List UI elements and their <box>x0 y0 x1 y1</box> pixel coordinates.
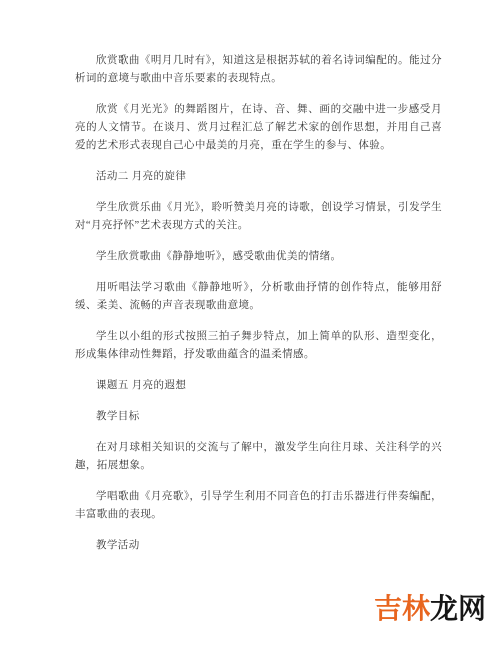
heading-teaching-goals: 教学目标 <box>75 408 442 426</box>
paragraph-yueguangguang: 欣赏《月光光》的舞蹈图片，在诗、音、舞、画的交融中进一步感受月亮的人文情节。在谈… <box>75 101 442 155</box>
paragraph-appreciate-mingyue: 欣赏歌曲《明月几时有》，知道这是根据苏轼的着名诗词编配的。能过分析词的意境与歌曲… <box>75 52 442 88</box>
paragraph-group-dance: 学生以小组的形式按照三拍子舞步特点，加上简单的队形、造型变化，形成集体律动性舞蹈… <box>75 328 442 364</box>
heading-activity-2: 活动二 月亮的旋律 <box>75 168 442 186</box>
paragraph-moon-knowledge: 在对月球相关知识的交流与了解中，激发学生向往月球、关注科学的兴趣，拓展想象。 <box>75 439 442 475</box>
paragraph-yuelianggge: 学唱歌曲《月亮歌》，引导学生利用不同音色的打击乐器进行伴奏编配，丰富歌曲的表现。 <box>75 488 442 524</box>
watermark-longwang: 龙网 <box>430 593 486 624</box>
document-body: 欣赏歌曲《明月几时有》，知道这是根据苏轼的着名诗词编配的。能过分析词的意境与歌曲… <box>75 52 442 568</box>
heading-teaching-activities: 教学活动 <box>75 537 442 555</box>
paragraph-listen-yueguang: 学生欣赏乐曲《月光》，聆听赞美月亮的诗歌，创设学习情景，引发学生对“月亮抒怀”艺… <box>75 199 442 235</box>
document-page: 欣赏歌曲《明月几时有》，知道这是根据苏轼的着名诗词编配的。能过分析词的意境与歌曲… <box>0 0 500 647</box>
paragraph-jingjingdeting: 学生欣赏歌曲《静静地听》，感受歌曲优美的情绪。 <box>75 248 442 266</box>
heading-topic-5: 课题五 月亮的遐想 <box>75 377 442 395</box>
paragraph-sing-method: 用听唱法学习歌曲《静静地听》，分析歌曲抒情的创作特点，能够用舒缓、柔美、流畅的声… <box>75 279 442 315</box>
watermark: 吉林龙网 <box>374 594 486 624</box>
watermark-jilin: 吉林 <box>374 593 430 624</box>
